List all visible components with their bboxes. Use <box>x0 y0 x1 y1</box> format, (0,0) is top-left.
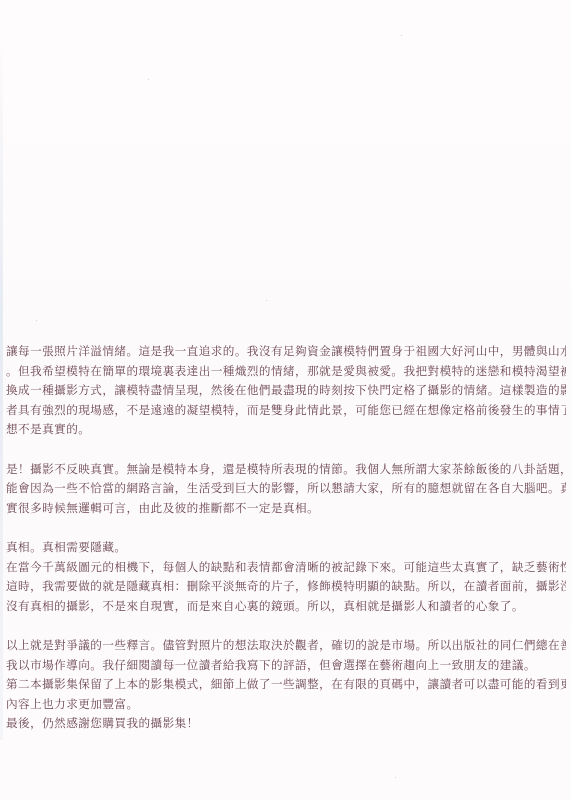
paragraph-reality: 是！攝影不反映真實。無論是模特本身，還是模特所表現的情節。我個人無所謂大家茶餘飯… <box>6 460 566 519</box>
text-line: 想不是真實的。 <box>6 420 566 440</box>
text-line: 我以市場作導向。我仔細閱讀每一位讀者給我寫下的評語，但會選擇在藝術趨向上一致朋友… <box>6 656 566 676</box>
page-edge-shadow <box>0 40 3 740</box>
text-line: 這時，我需要做的就是隱藏真相：刪除平淡無奇的片子，修飾模特明顯的缺點。所以，在讀… <box>6 577 566 597</box>
text-line: 最後，仍然感謝您購買我的攝影集！ <box>6 714 566 734</box>
paper-speck <box>395 777 396 778</box>
paragraph-gap <box>6 616 566 636</box>
text-line: 是！攝影不反映真實。無論是模特本身，還是模特所表現的情節。我個人無所謂大家茶餘飯… <box>6 460 566 480</box>
text-line: 讓每一張照片洋溢情緒。這是我一直追求的。我沒有足夠資金讓模特們置身于祖國大好河山… <box>6 342 566 362</box>
paragraph-intro: 讓每一張照片洋溢情緒。這是我一直追求的。我沒有足夠資金讓模特們置身于祖國大好河山… <box>6 342 566 440</box>
paper-speck <box>36 320 37 321</box>
text-line: 換成一種攝影方式，讓模特盡情呈現，然後在他們最盡現的時刻按下快門定格了攝影的情緒… <box>6 381 566 401</box>
text-line: 。但我希望模特在簡單的環境裏表達出一種熾烈的情緒，那就是愛與被愛。我把對模特的迷… <box>6 362 566 382</box>
paragraph-gap <box>6 518 566 538</box>
paper-speck <box>148 79 149 80</box>
scanned-page: 讓每一張照片洋溢情緒。這是我一直追求的。我沒有足夠資金讓模特們置身于祖國大好河山… <box>0 0 571 800</box>
paragraph-gap <box>6 440 566 460</box>
text-line: 者具有強烈的現場感，不是遠遠的凝望模特，而是雙身此情此景，可能您已經在想像定格前… <box>6 401 566 421</box>
body-text: 讓每一張照片洋溢情緒。這是我一直追求的。我沒有足夠資金讓模特們置身于祖國大好河山… <box>6 342 566 734</box>
text-line: 沒有真相的攝影，不是來自現實，而是來自心裏的鏡頭。所以，真相就是攝影人和讀者的心… <box>6 597 566 617</box>
text-line: 在當今千萬級圖元的相機下，每個人的缺點和表情都會清晰的被記錄下來。可能這些太真實… <box>6 558 566 578</box>
text-line: 實很多時候無邏輯可言，由此及彼的推斷都不一定是真相。 <box>6 499 566 519</box>
paragraph-closing: 以上就是對爭議的一些釋言。儘管對照片的想法取決於觀者，確切的說是市場。所以出版社… <box>6 636 566 734</box>
text-line: 第二本攝影集保留了上本的影集模式，細節上做了一些調整，在有限的頁碼中，讓讀者可以… <box>6 675 566 695</box>
text-line: 能會因為一些不恰當的網路言論，生活受到巨大的影響，所以懇請大家，所有的臆想就留在… <box>6 479 566 499</box>
text-line: 真相。真相需要隱藏。 <box>6 538 566 558</box>
text-line: 以上就是對爭議的一些釋言。儘管對照片的想法取決於觀者，確切的說是市場。所以出版社… <box>6 636 566 656</box>
paragraph-truth: 真相。真相需要隱藏。 在當今千萬級圖元的相機下，每個人的缺點和表情都會清晰的被記… <box>6 538 566 616</box>
paper-speck <box>401 35 402 36</box>
text-line: 內容上也力求更加豐富。 <box>6 695 566 715</box>
paper-speck <box>266 300 267 301</box>
